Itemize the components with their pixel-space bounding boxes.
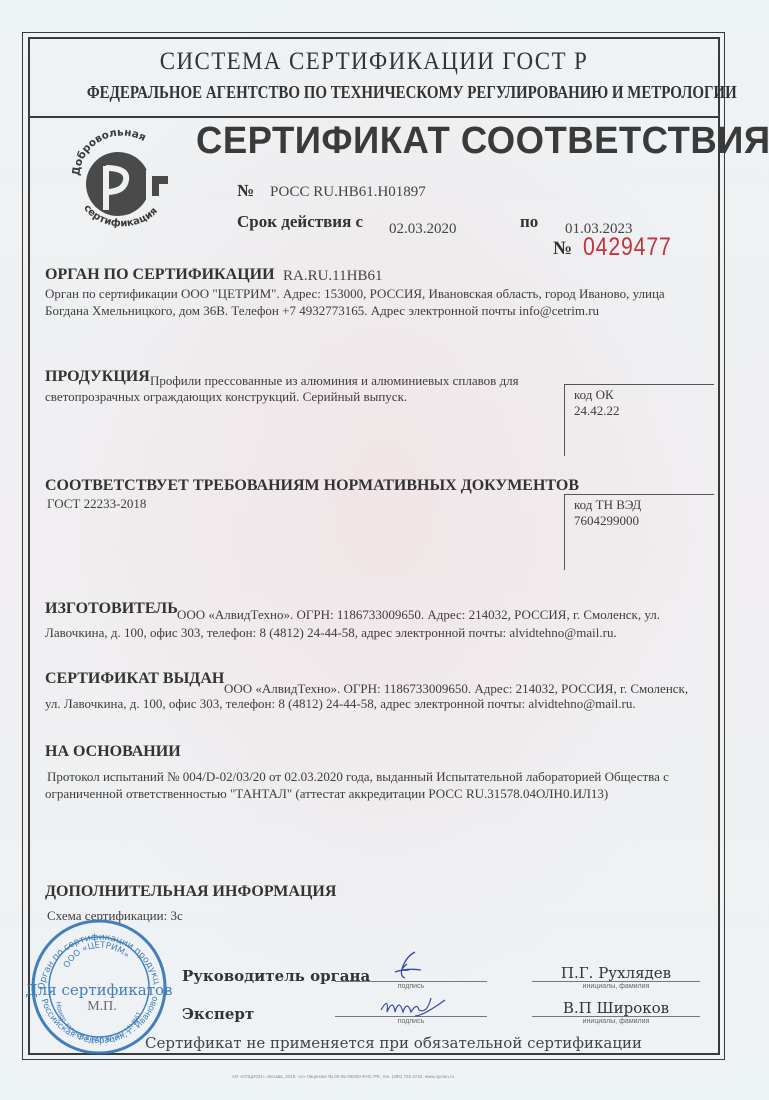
printer-imprint: АО «ОПЦИОН», Москва, 2019, «А» Лицензия … [232, 1074, 454, 1079]
certification-body-code: RA.RU.11HB61 [283, 268, 382, 285]
product-description-line-2: светопрозрачных ограждающих конструкций.… [45, 388, 407, 406]
basis-line-2: ограниченной ответственностью "ТАНТАЛ" (… [45, 785, 608, 803]
head-signature-icon [385, 948, 435, 986]
header-divider [28, 116, 720, 118]
tn-ved-code-value: 7604299000 [574, 513, 714, 529]
tn-ved-code-box: код ТН ВЭД 7604299000 [564, 494, 714, 570]
expert-name-line [532, 1016, 700, 1017]
basis-heading: НА ОСНОВАНИИ [45, 743, 181, 761]
certificate-number: РОСС RU.HB61.H01897 [270, 184, 426, 201]
svg-text:М.П.: М.П. [87, 999, 117, 1014]
expert-signature-icon [375, 992, 455, 1020]
valid-from-date: 02.03.2020 [389, 221, 457, 238]
valid-to-label: по [520, 212, 538, 232]
head-name-line [532, 981, 700, 982]
manufacturer-line-1: ООО «АлвидТехно». ОГРН: 1186733009650. А… [177, 606, 660, 624]
issued-to-line-2: ул. Лавочкина, д. 100, офис 303, телефон… [45, 695, 636, 713]
certification-body-heading: ОРГАН ПО СЕРТИФИКАЦИИ [45, 266, 275, 284]
rst-logo: Добровольная сертификация [66, 130, 176, 230]
expert-name-caption: инициалы, фамилия [532, 1018, 700, 1025]
head-name-caption: инициалы, фамилия [532, 983, 700, 990]
tn-ved-code-label: код ТН ВЭД [574, 497, 714, 513]
certification-body-line-2: Богдана Хмельницкого, дом 36В. Телефон +… [45, 302, 599, 320]
additional-info-heading: ДОПОЛНИТЕЛЬНАЯ ИНФОРМАЦИЯ [45, 883, 336, 901]
form-serial-number: 0429477 [583, 233, 672, 262]
validity-label: Срок действия с [237, 212, 363, 232]
compliance-heading: СООТВЕТСТВУЕТ ТРЕБОВАНИЯМ НОРМАТИВНЫХ ДО… [45, 477, 579, 495]
rst-voluntary-certification-icon: Добровольная сертификация [66, 130, 176, 230]
manufacturer-heading: ИЗГОТОВИТЕЛЬ [45, 600, 178, 618]
certificate-title: СЕРТИФИКАТ СООТВЕТСТВИЯ [196, 120, 769, 163]
voluntary-certification-footnote: Сертификат не применяется при обязательн… [145, 1034, 642, 1052]
manufacturer-line-2: Лавочкина, д. 100, офис 303, телефон: 8 … [45, 624, 617, 642]
product-heading: ПРОДУКЦИЯ [45, 368, 150, 386]
issued-to-heading: СЕРТИФИКАТ ВЫДАН [45, 670, 224, 688]
certification-system-title: СИСТЕМА СЕРТИФИКАЦИИ ГОСТ Р [56, 48, 693, 76]
expert-name: В.П Широков [532, 999, 700, 1017]
ok-code-label: код ОК [574, 387, 714, 403]
compliance-standard: ГОСТ 22233-2018 [47, 495, 146, 513]
head-name: П.Г. Рухлядев [532, 964, 700, 982]
head-signature-caption: подпись [335, 983, 487, 990]
expert-signature-caption: подпись [335, 1018, 487, 1025]
form-number-sign: № [553, 238, 572, 260]
federal-agency-name: ФЕДЕРАЛЬНОЕ АГЕНТСТВО ПО ТЕХНИЧЕСКОМУ РЕ… [87, 82, 661, 103]
certification-body-line-1: Орган по сертификации ООО "ЦЕТРИМ". Адре… [45, 285, 665, 303]
ok-code-value: 24.42.22 [574, 403, 714, 419]
ok-code-box: код ОК 24.42.22 [564, 384, 714, 456]
number-sign: № [237, 181, 254, 201]
expert-label: Эксперт [182, 1005, 254, 1023]
basis-line-1: Протокол испытаний № 004/D-02/03/20 от 0… [47, 768, 669, 786]
